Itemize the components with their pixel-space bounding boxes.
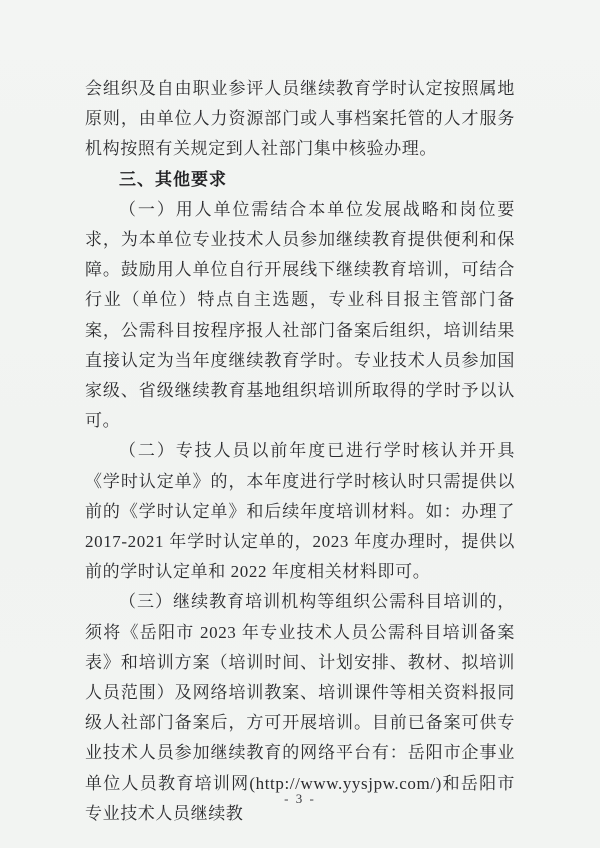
paragraph-continuation: 会组织及自由职业参评人员继续教育学时认定按照属地原则，由单位人力资源部门或人事档… — [85, 74, 515, 165]
page-number: - 3 - — [0, 791, 600, 807]
paragraph-item-two: （二）专技人员以前年度已进行学时核认并开具《学时认定单》的，本年度进行学时核认时… — [85, 436, 515, 587]
document-page: 会组织及自由职业参评人员继续教育学时认定按照属地原则，由单位人力资源部门或人事档… — [0, 0, 600, 848]
section-heading: 三、其他要求 — [85, 165, 515, 195]
paragraph-item-one: （一）用人单位需结合本单位发展战略和岗位要求，为本单位专业技术人员参加继续教育提… — [85, 195, 515, 437]
